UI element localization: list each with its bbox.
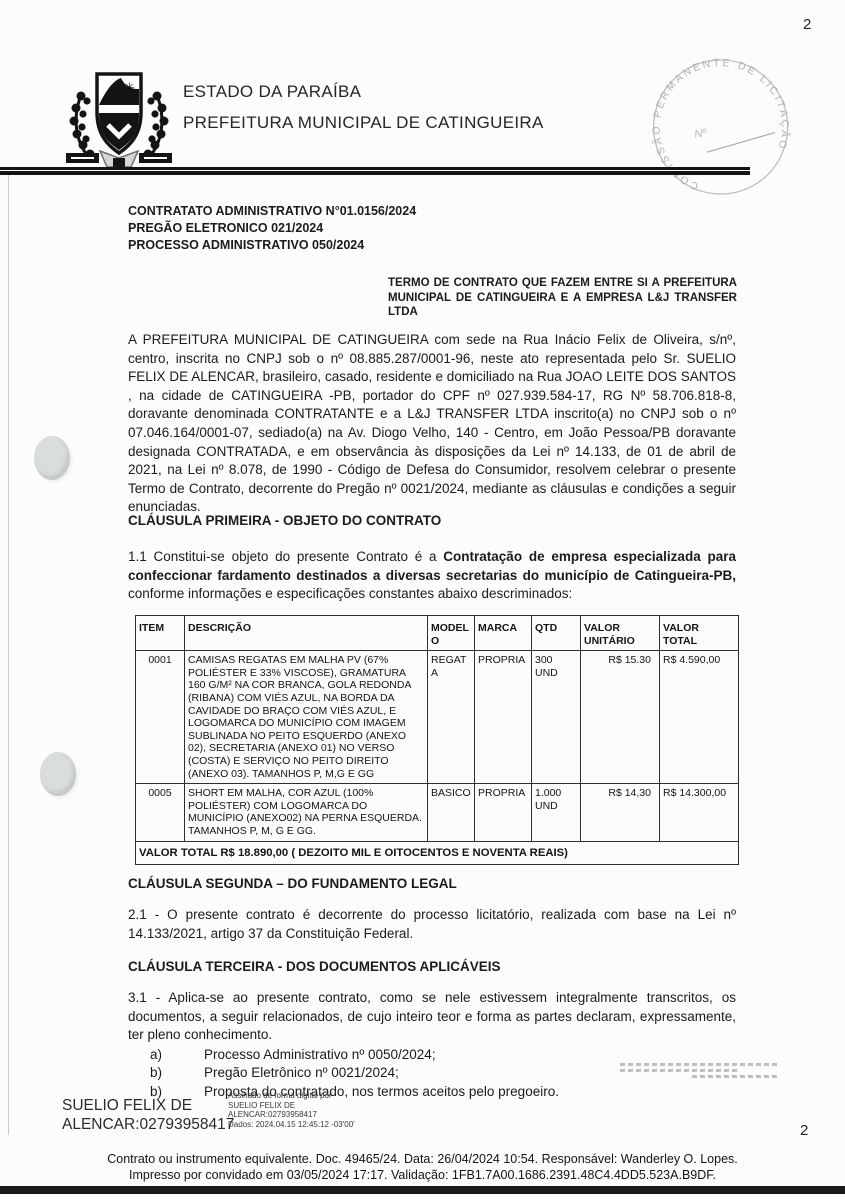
commission-round-stamp: COMISSÃO PERMANENTE DE LICITAÇÃO Nº bbox=[636, 42, 806, 216]
list-item-text: Processo Administrativo nº 0050/2024; bbox=[204, 1046, 436, 1065]
footer-line1: Contrato ou instrumento equivalente. Doc… bbox=[0, 1152, 845, 1168]
cell-valor-total-0005: R$ 14.300,00 bbox=[660, 784, 739, 841]
col-header-item: ITEM bbox=[136, 616, 185, 651]
contract-number-line: CONTRATATO ADMINISTRATIVO N°01.0156/2024 bbox=[128, 203, 736, 220]
cell-valor-total-0001: R$ 4.590,00 bbox=[660, 651, 739, 784]
cell-qtd-0005: 1.000 UND bbox=[532, 784, 581, 841]
contract-items-table: ITEM DESCRIÇÃO MODELO MARCA QTD VALOR UN… bbox=[135, 615, 739, 865]
processo-line: PROCESSO ADMINISTRATIVO 050/2024 bbox=[128, 237, 736, 254]
contract-epigraph: TERMO DE CONTRATO QUE FAZEM ENTRE SI A P… bbox=[388, 276, 737, 320]
list-item-text: Pregão Eletrônico nº 0021/2024; bbox=[204, 1064, 399, 1083]
total-row-text: VALOR TOTAL R$ 18.890,00 ( DEZOITO MIL E… bbox=[136, 841, 739, 865]
digital-signature-name: SUELIO FELIX DE ALENCAR:02793958417 bbox=[62, 1096, 234, 1134]
cell-modelo-0005: BASICO bbox=[428, 784, 475, 841]
page-number-top: 2 bbox=[803, 16, 811, 33]
round-stamp-icon: COMISSÃO PERMANENTE DE LICITAÇÃO Nº bbox=[636, 42, 805, 211]
scanned-contract-page: 2 ✳ bbox=[0, 0, 845, 1200]
clause2-heading: CLÁUSULA SEGUNDA – DO FUNDAMENTO LEGAL bbox=[128, 876, 736, 891]
faint-stamp-marks bbox=[620, 1063, 780, 1081]
footer-line2: Impresso por convidado em 03/05/2024 17:… bbox=[0, 1168, 845, 1184]
preamble-paragraph: A PREFEITURA MUNICIPAL DE CATINGUEIRA co… bbox=[128, 331, 736, 517]
clause3-section: 3.1 - Aplica-se ao presente contrato, co… bbox=[128, 989, 736, 1102]
svg-text:✳: ✳ bbox=[124, 81, 135, 96]
header-state-line: ESTADO DA PARAÍBA bbox=[183, 82, 544, 102]
cell-valor-unitario-0005: R$ 14,30 bbox=[581, 784, 660, 841]
cell-descricao-0001: CAMISAS REGATAS EM MALHA PV (67% POLIÉST… bbox=[185, 651, 428, 784]
signature-name-line1: SUELIO FELIX DE bbox=[62, 1096, 234, 1115]
digital-signature-details: Assinado de forma digital por SUELIO FEL… bbox=[228, 1091, 355, 1129]
list-item-label: a) bbox=[150, 1046, 176, 1065]
table-total-row: VALOR TOTAL R$ 18.890,00 ( DEZOITO MIL E… bbox=[136, 841, 739, 865]
clause3-heading: CLÁUSULA TERCEIRA - DOS DOCUMENTOS APLIC… bbox=[128, 959, 736, 974]
bottom-border-bar bbox=[0, 1186, 845, 1194]
scan-edge-line bbox=[8, 175, 9, 1135]
page-number-bottom: 2 bbox=[800, 1122, 808, 1139]
header-org-name: ESTADO DA PARAÍBA PREFEITURA MUNICIPAL D… bbox=[183, 82, 544, 133]
stamp-no-label: Nº bbox=[694, 127, 708, 141]
cell-marca-0001: PROPRIA bbox=[475, 651, 532, 784]
col-header-valor-total: VALOR TOTAL bbox=[660, 616, 739, 651]
list-item: a) Processo Administrativo nº 0050/2024; bbox=[128, 1046, 736, 1065]
contract-title-block: CONTRATATO ADMINISTRATIVO N°01.0156/2024… bbox=[128, 203, 736, 254]
signature-detail-line: SUELIO FELIX DE bbox=[228, 1101, 355, 1111]
stamp-arc-text: COMISSÃO PERMANENTE DE LICITAÇÃO bbox=[640, 48, 798, 198]
clause1-body-prefix: 1.1 Constitui-se objeto do presente Cont… bbox=[128, 549, 443, 564]
binder-hole bbox=[34, 436, 70, 480]
signature-detail-line: Dados: 2024.04.15 12:45:12 -03'00' bbox=[228, 1120, 355, 1130]
pregao-line: PREGÃO ELETRONICO 021/2024 bbox=[128, 220, 736, 237]
cell-item-0005: 0005 bbox=[136, 784, 185, 841]
cell-item-0001: 0001 bbox=[136, 651, 185, 784]
clause3-body: 3.1 - Aplica-se ao presente contrato, co… bbox=[128, 989, 736, 1045]
header-municipality-line: PREFEITURA MUNICIPAL DE CATINGUEIRA bbox=[183, 113, 544, 133]
clause1-body-suffix: conforme informações e especificações co… bbox=[128, 586, 572, 601]
clause1-body: 1.1 Constitui-se objeto do presente Cont… bbox=[128, 548, 736, 604]
table-row: 0005 SHORT EM MALHA, COR AZUL (100% POLI… bbox=[136, 784, 739, 841]
list-item-label: b) bbox=[150, 1064, 176, 1083]
signature-detail-line: ALENCAR:02793958417 bbox=[228, 1110, 355, 1120]
col-header-valor-unitario: VALOR UNITÁRIO bbox=[581, 616, 660, 651]
signature-name-line2: ALENCAR:02793958417 bbox=[62, 1115, 234, 1134]
col-header-modelo: MODELO bbox=[428, 616, 475, 651]
header-divider bbox=[0, 167, 750, 175]
binder-hole bbox=[40, 752, 76, 796]
municipal-coat-of-arms: ✳ bbox=[62, 68, 176, 177]
signature-detail-line: Assinado de forma digital por bbox=[228, 1091, 355, 1101]
cell-descricao-0005: SHORT EM MALHA, COR AZUL (100% POLIÉSTER… bbox=[185, 784, 428, 841]
svg-text:COMISSÃO PERMANENTE DE LICITAÇ: COMISSÃO PERMANENTE DE LICITAÇÃO bbox=[640, 48, 798, 198]
col-header-marca: MARCA bbox=[475, 616, 532, 651]
col-header-descricao: DESCRIÇÃO bbox=[185, 616, 428, 651]
col-header-qtd: QTD bbox=[532, 616, 581, 651]
table-row: 0001 CAMISAS REGATAS EM MALHA PV (67% PO… bbox=[136, 651, 739, 784]
clause2-body: 2.1 - O presente contrato é decorrente d… bbox=[128, 906, 736, 943]
table-header-row: ITEM DESCRIÇÃO MODELO MARCA QTD VALOR UN… bbox=[136, 616, 739, 651]
cell-marca-0005: PROPRIA bbox=[475, 784, 532, 841]
clause1-heading: CLÁUSULA PRIMEIRA - OBJETO DO CONTRATO bbox=[128, 513, 736, 528]
document-footer: Contrato ou instrumento equivalente. Doc… bbox=[0, 1152, 845, 1183]
cell-modelo-0001: REGATA bbox=[428, 651, 475, 784]
cell-valor-unitario-0001: R$ 15.30 bbox=[581, 651, 660, 784]
coat-of-arms-icon: ✳ bbox=[62, 68, 176, 172]
cell-qtd-0001: 300 UND bbox=[532, 651, 581, 784]
